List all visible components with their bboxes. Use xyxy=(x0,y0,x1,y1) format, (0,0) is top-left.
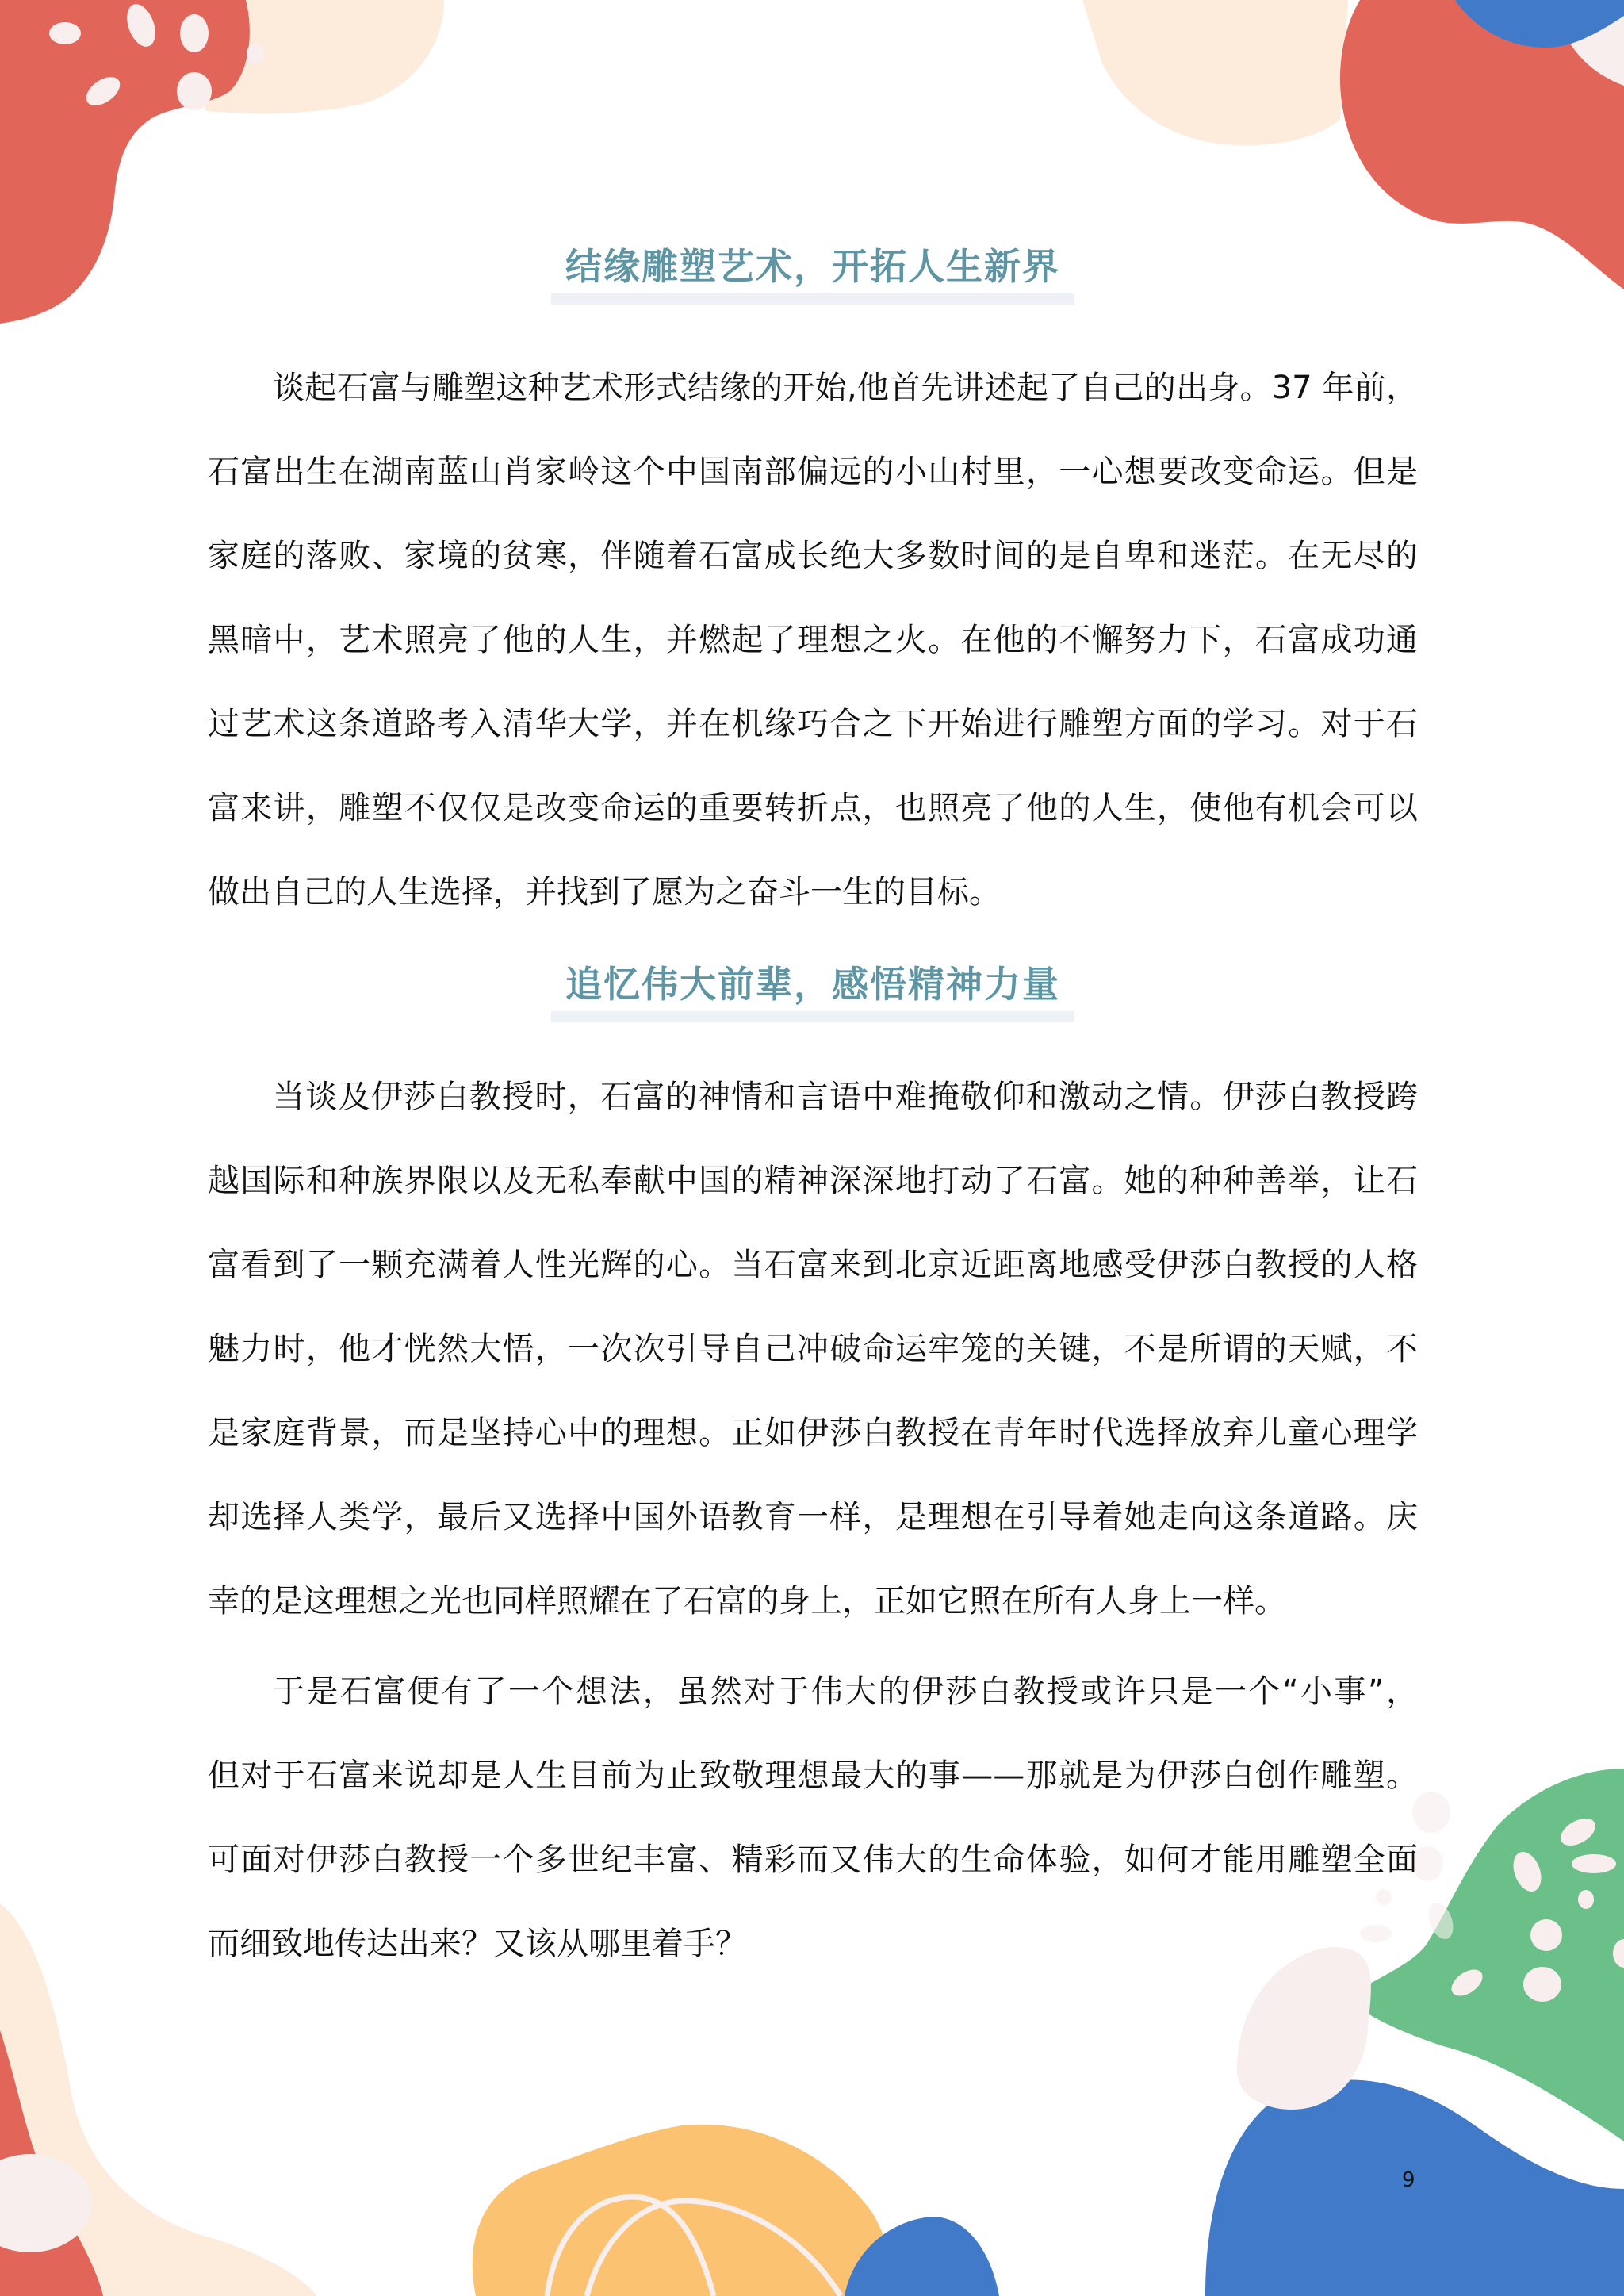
red-blob-bottom-left xyxy=(0,2030,103,2296)
text-line: 做出自己的人生选择，并找到了愿为之奋斗一生的目标。 xyxy=(208,850,1418,934)
spots-top-left xyxy=(49,0,264,111)
orange-blob-arcs xyxy=(547,2197,841,2296)
spot-bottom-left xyxy=(0,2154,92,2252)
text-line: 可面对伊莎白教授一个多世纪丰富、精彩而又伟大的生命体验，如何才能用雕塑全面 xyxy=(208,1818,1418,1902)
text-line: 于是石富便有了一个想法，虽然对于伟大的伊莎白教授或许只是一个“小事”， xyxy=(208,1650,1418,1734)
blue-blob-bottom-center xyxy=(845,2217,999,2296)
orange-blob-bottom xyxy=(473,2125,891,2296)
section-heading-2-wrap: 追忆伟大前辈，感悟精神力量 xyxy=(208,956,1418,1019)
text-line: 富来讲，雕塑不仅仅是改变命运的重要转折点，也照亮了他的人生，使他有机会可以 xyxy=(208,766,1418,850)
text-line: 当谈及伊莎白教授时，石富的神情和言语中难掩敬仰和激动之情。伊莎白教授跨 xyxy=(208,1055,1418,1139)
paragraph-2: 当谈及伊莎白教授时，石富的神情和言语中难掩敬仰和激动之情。伊莎白教授跨 越国际和… xyxy=(208,1055,1418,1643)
blue-blob-top-right xyxy=(1455,0,1624,48)
text-line: 过艺术这条道路考入清华大学，并在机缘巧合之下开始进行雕塑方面的学习。对于石 xyxy=(208,682,1418,766)
text-line: 幸的是这理想之光也同样照耀在了石富的身上，正如它照在所有人身上一样。 xyxy=(208,1559,1418,1643)
text-line: 却选择人类学，最后又选择中国外语教育一样，是理想在引导着她走向这条道路。庆 xyxy=(208,1475,1418,1559)
section-heading: 追忆伟大前辈，感悟精神力量 xyxy=(556,956,1070,1019)
text-line: 魅力时，他才恍然大悟，一次次引导自己冲破命运牢笼的关键，不是所谓的天赋，不 xyxy=(208,1307,1418,1391)
page-number: 9 xyxy=(1402,2168,1415,2192)
paragraph-1: 谈起石富与雕塑这种艺术形式结缘的开始,他首先讲述起了自己的出身。37 年前， 石… xyxy=(208,346,1418,934)
text-line: 富看到了一颗充满着人性光辉的心。当石富来到北京近距离地感受伊莎白教授的人格 xyxy=(208,1223,1418,1307)
text-line: 但对于石富来说却是人生目前为止致敬理想最大的事——那就是为伊莎白创作雕塑。 xyxy=(208,1734,1418,1818)
text-line: 是家庭背景，而是坚持心中的理想。正如伊莎白教授在青年时代选择放弃儿童心理学 xyxy=(208,1391,1418,1475)
text-line: 谈起石富与雕塑这种艺术形式结缘的开始,他首先讲述起了自己的出身。37 年前， xyxy=(208,346,1418,430)
text-line: 越国际和种族界限以及无私奉献中国的精神深深地打动了石富。她的种种善举，让石 xyxy=(208,1139,1418,1223)
paragraph-3: 于是石富便有了一个想法，虽然对于伟大的伊莎白教授或许只是一个“小事”， 但对于石… xyxy=(208,1650,1418,1986)
section-heading: 结缘雕塑艺术，开拓人生新界 xyxy=(556,238,1070,301)
text-line: 黑暗中，艺术照亮了他的人生，并燃起了理想之火。在他的不懈努力下，石富成功通 xyxy=(208,598,1418,682)
text-line: 石富出生在湖南蓝山肖家岭这个中国南部偏远的小山村里，一心想要改变命运。但是 xyxy=(208,430,1418,514)
section-heading-1-wrap: 结缘雕塑艺术，开拓人生新界 xyxy=(208,238,1418,301)
text-line: 而细致地传达出来？又该从哪里着手？ xyxy=(208,1902,1418,1986)
cream-blob-top-right xyxy=(1082,0,1348,145)
spot-blob-top-right xyxy=(1554,0,1624,86)
cream-blob-top-left xyxy=(174,0,444,113)
text-line: 家庭的落败、家境的贫寒，伴随着石富成长绝大多数时间的是自卑和迷茫。在无尽的 xyxy=(208,514,1418,598)
